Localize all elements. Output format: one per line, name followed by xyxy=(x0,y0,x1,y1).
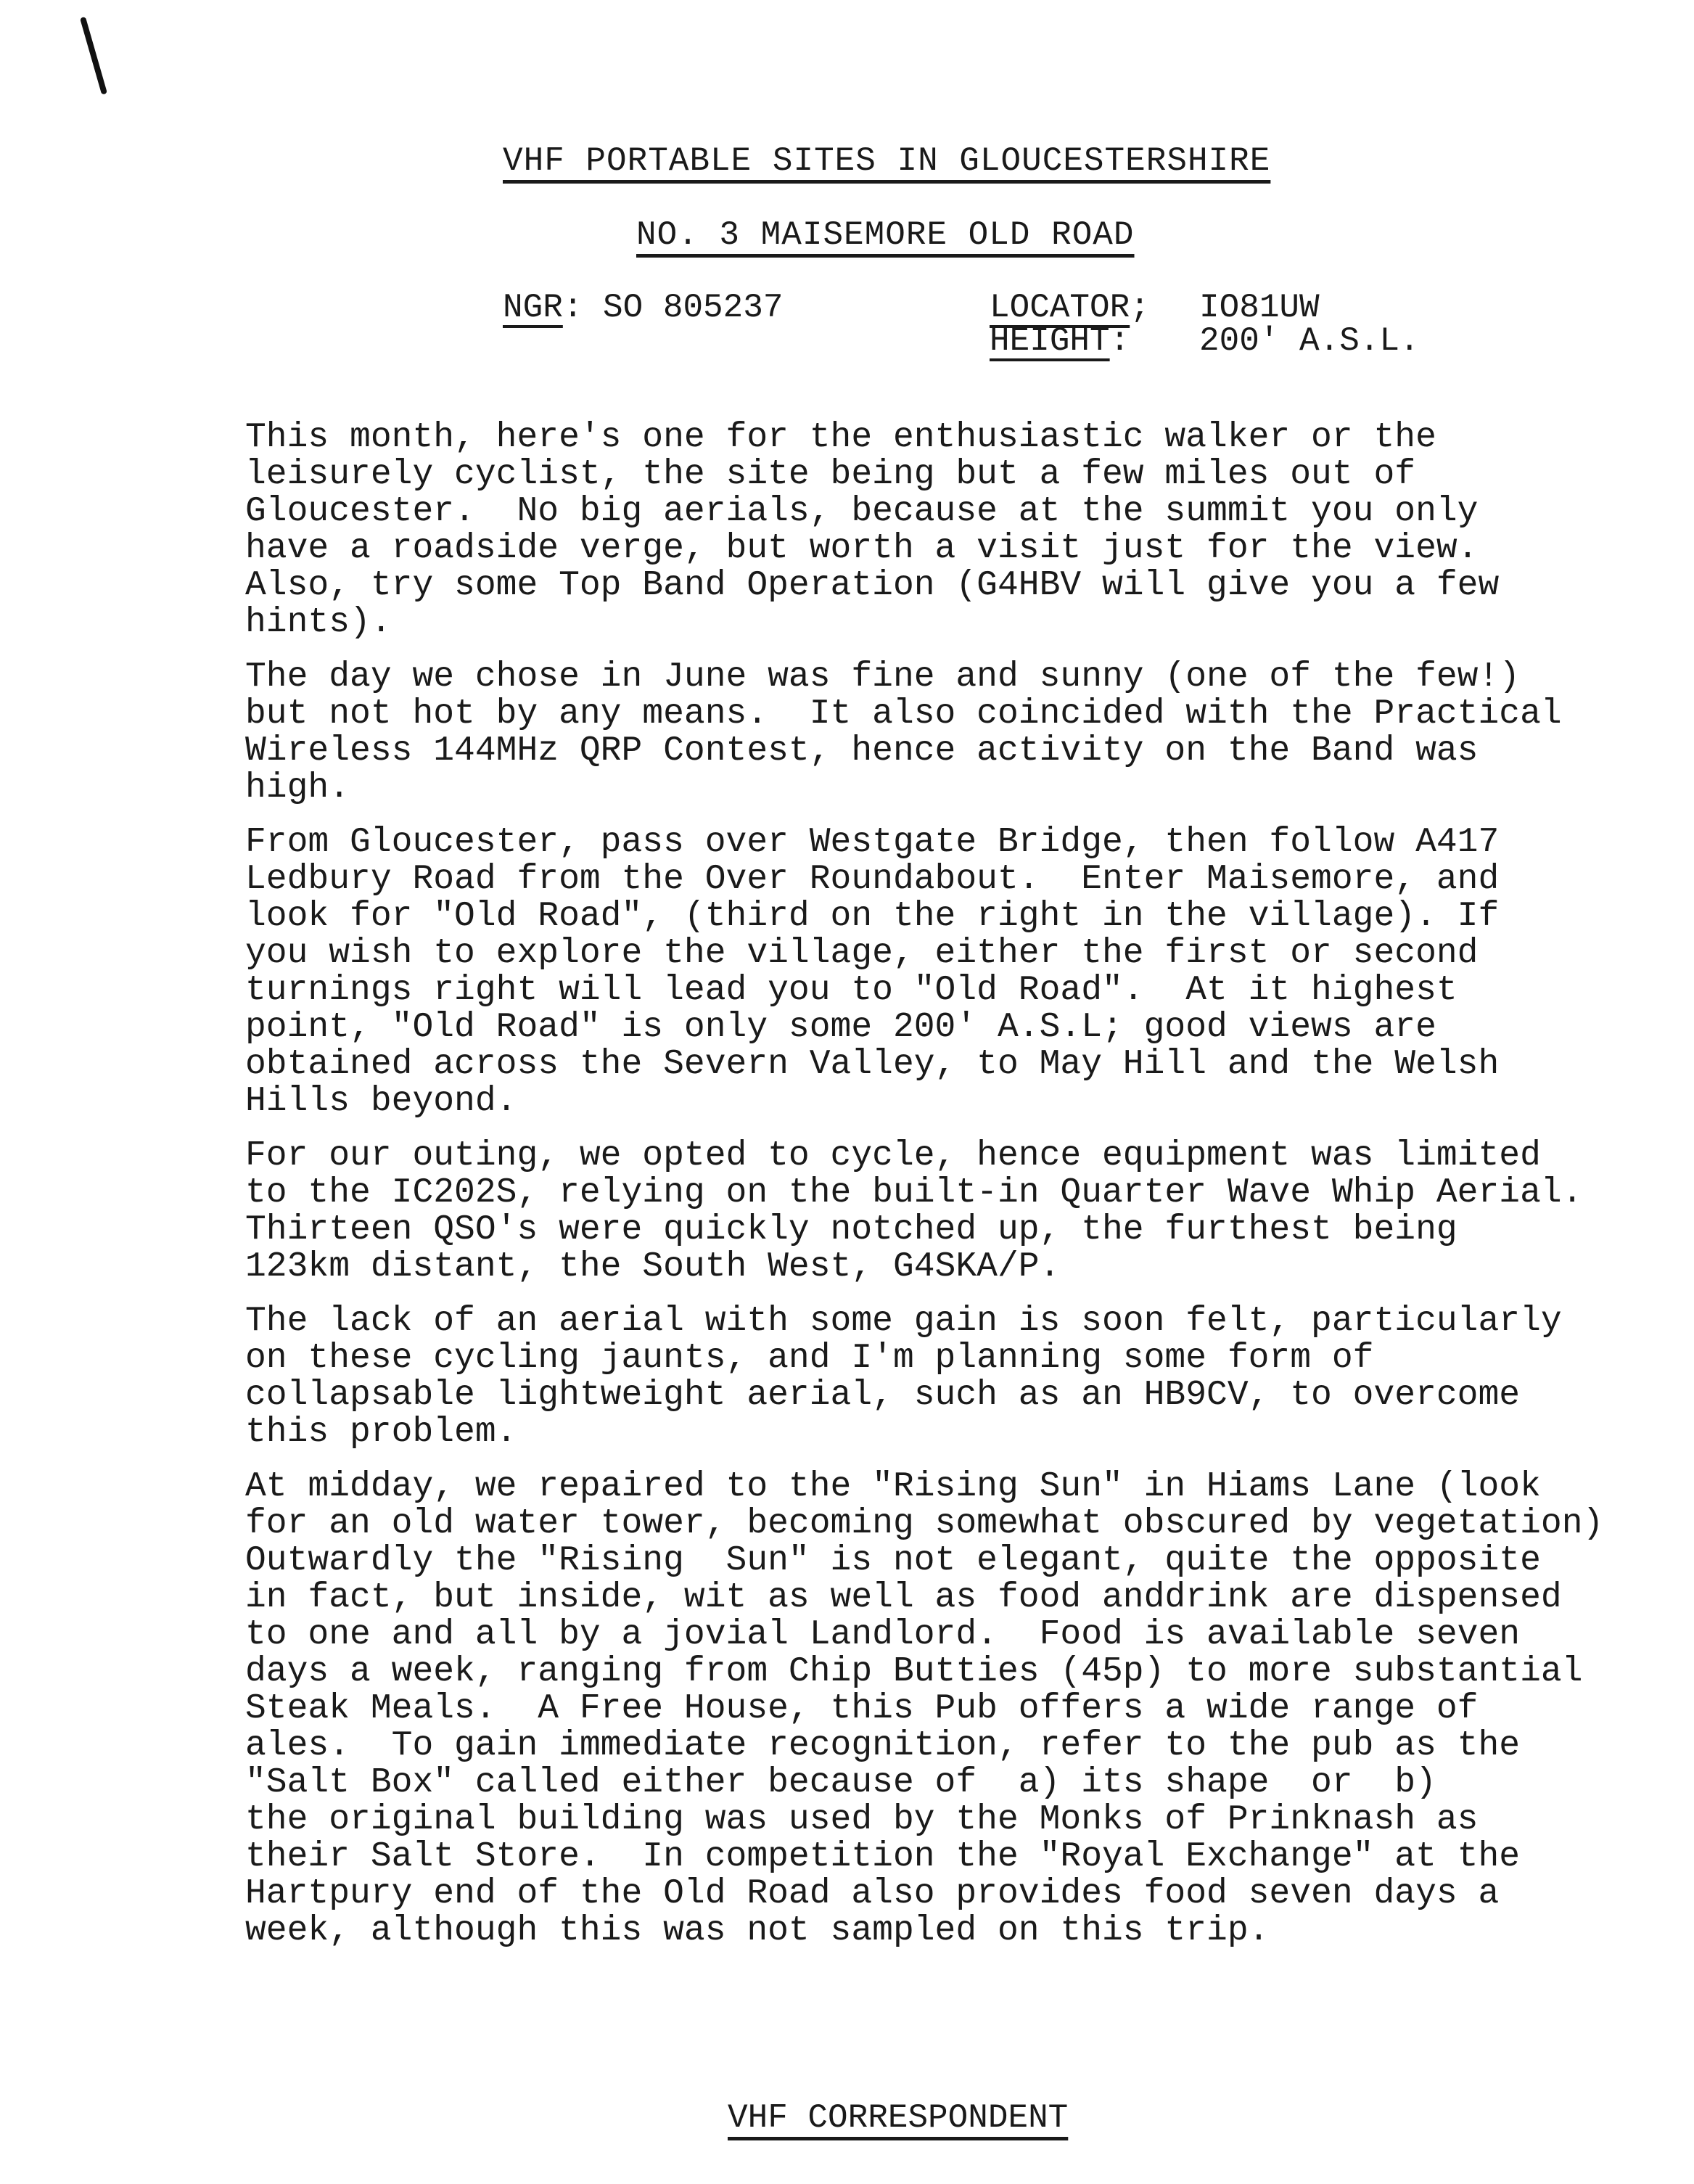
paragraph: At midday, we repaired to the "Rising Su… xyxy=(245,1469,1689,1950)
text-line: for an old water tower, becoming somewha… xyxy=(245,1506,1689,1543)
text-line: From Gloucester, pass over Westgate Brid… xyxy=(245,824,1689,861)
height-field: HEIGHT: xyxy=(990,322,1130,360)
text-line: to one and all by a jovial Landlord. Foo… xyxy=(245,1617,1689,1654)
text-line: Outwardly the "Rising Sun" is not elegan… xyxy=(245,1543,1689,1580)
text-line: turnings right will lead you to "Old Roa… xyxy=(245,972,1689,1009)
paragraph: From Gloucester, pass over Westgate Brid… xyxy=(245,824,1689,1120)
text-line: week, although this was not sampled on t… xyxy=(245,1913,1689,1950)
text-line: The lack of an aerial with some gain is … xyxy=(245,1303,1689,1340)
text-line: Hills beyond. xyxy=(245,1083,1689,1120)
pen-mark xyxy=(80,17,107,95)
locator-label: LOCATOR xyxy=(990,289,1130,327)
text-line: point, "Old Road" is only some 200' A.S.… xyxy=(245,1009,1689,1046)
locator-separator: ; xyxy=(1130,289,1150,327)
text-line: look for "Old Road", (third on the right… xyxy=(245,898,1689,935)
paragraph: This month, here's one for the enthusias… xyxy=(245,419,1689,641)
text-line: This month, here's one for the enthusias… xyxy=(245,419,1689,456)
text-line: obtained across the Severn Valley, to Ma… xyxy=(245,1046,1689,1083)
text-line: hints). xyxy=(245,604,1689,641)
text-line: Thirteen QSO's were quickly notched up, … xyxy=(245,1212,1689,1249)
signature: VHF CORRESPONDENT xyxy=(728,2099,1068,2137)
paragraph: The day we chose in June was fine and su… xyxy=(245,659,1689,807)
article-body: This month, here's one for the enthusias… xyxy=(245,419,1689,1967)
text-line: this problem. xyxy=(245,1414,1689,1451)
text-line: leisurely cyclist, the site being but a … xyxy=(245,456,1689,493)
text-line: 123km distant, the South West, G4SKA/P. xyxy=(245,1249,1689,1286)
text-line: "Salt Box" called either because of a) i… xyxy=(245,1765,1689,1802)
text-line: to the IC202S, relying on the built-in Q… xyxy=(245,1175,1689,1212)
text-line: on these cycling jaunts, and I'm plannin… xyxy=(245,1340,1689,1377)
ngr-value: : SO 805237 xyxy=(563,289,784,327)
text-line: Also, try some Top Band Operation (G4HBV… xyxy=(245,567,1689,604)
document-title: VHF PORTABLE SITES IN GLOUCESTERSHIRE xyxy=(503,142,1270,180)
document-subtitle: NO. 3 MAISEMORE OLD ROAD xyxy=(636,216,1135,254)
paragraph: For our outing, we opted to cycle, hence… xyxy=(245,1138,1689,1286)
text-line: Ledbury Road from the Over Roundabout. E… xyxy=(245,861,1689,898)
text-line: Gloucester. No big aerials, because at t… xyxy=(245,493,1689,530)
text-line: The day we chose in June was fine and su… xyxy=(245,659,1689,696)
text-line: Wireless 144MHz QRP Contest, hence activ… xyxy=(245,733,1689,770)
text-line: have a roadside verge, but worth a visit… xyxy=(245,530,1689,567)
locator-field: LOCATOR; xyxy=(990,289,1150,327)
text-line: Steak Meals. A Free House, this Pub offe… xyxy=(245,1691,1689,1728)
text-line: their Salt Store. In competition the "Ro… xyxy=(245,1839,1689,1876)
text-line: high. xyxy=(245,770,1689,807)
text-line: At midday, we repaired to the "Rising Su… xyxy=(245,1469,1689,1506)
ngr-field: NGR: SO 805237 xyxy=(503,289,783,327)
height-label: HEIGHT xyxy=(990,322,1110,360)
text-line: ales. To gain immediate recognition, ref… xyxy=(245,1728,1689,1765)
text-line: collapsable lightweight aerial, such as … xyxy=(245,1377,1689,1414)
ngr-label: NGR xyxy=(503,289,563,327)
text-line: Hartpury end of the Old Road also provid… xyxy=(245,1876,1689,1913)
height-value: 200' A.S.L. xyxy=(1199,322,1420,360)
height-separator: : xyxy=(1110,322,1130,360)
text-line: in fact, but inside, wit as well as food… xyxy=(245,1580,1689,1617)
text-line: you wish to explore the village, either … xyxy=(245,935,1689,972)
text-line: but not hot by any means. It also coinci… xyxy=(245,696,1689,733)
text-line: For our outing, we opted to cycle, hence… xyxy=(245,1138,1689,1175)
text-line: days a week, ranging from Chip Butties (… xyxy=(245,1654,1689,1691)
locator-value: IO81UW xyxy=(1199,289,1320,327)
text-line: the original building was used by the Mo… xyxy=(245,1802,1689,1839)
paragraph: The lack of an aerial with some gain is … xyxy=(245,1303,1689,1451)
